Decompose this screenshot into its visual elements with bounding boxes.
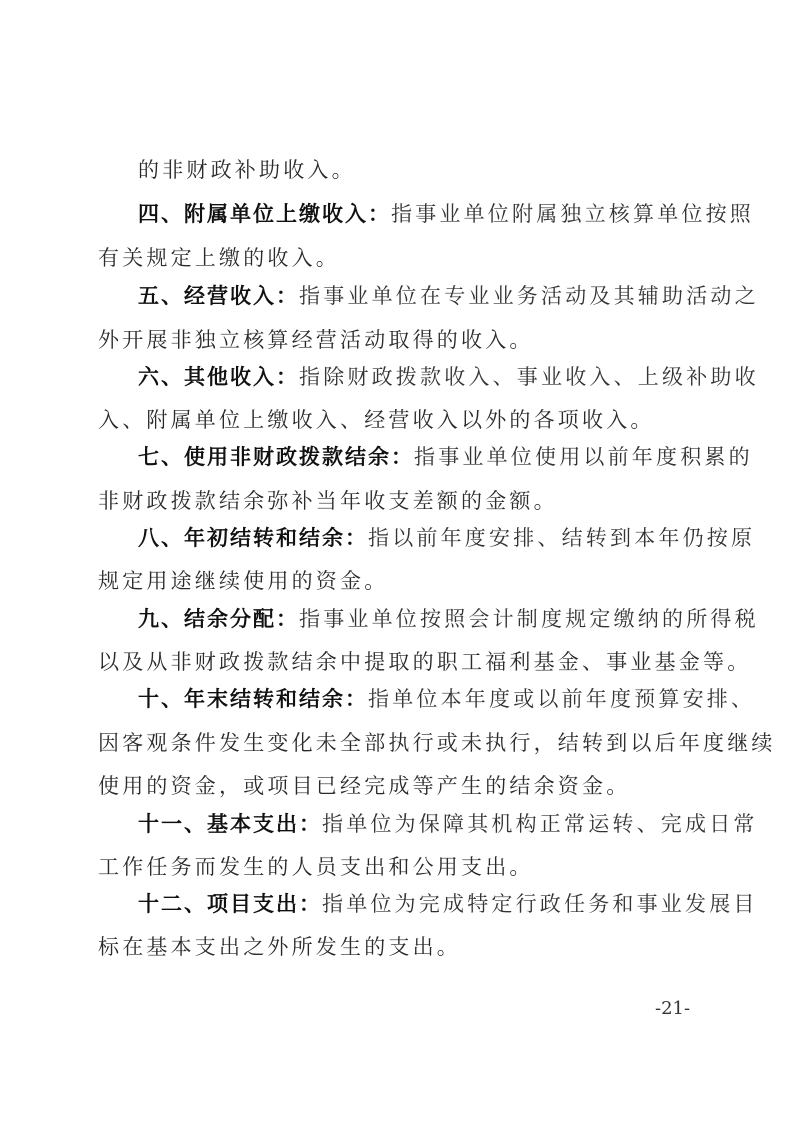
term-label: 八、年初结转和结余： — [138, 526, 368, 550]
definition-text: 规定用途继续使用的资金。 — [98, 567, 388, 595]
definition-text: 指单位为完成特定行政任务和事业发展目 — [322, 892, 758, 916]
document-page: 的非财政补助收入。 四、附属单位上缴收入：指事业单位附属独立核算单位按照 有关规… — [0, 0, 800, 1131]
definition-9: 九、结余分配：指事业单位按照会计制度规定缴纳的所得税 — [138, 605, 759, 633]
term-label: 十一、基本支出： — [138, 812, 322, 836]
definition-6: 六、其他收入：指除财政拨款收入、事业收入、上级补助收 — [138, 363, 759, 391]
term-label: 六、其他收入： — [138, 365, 299, 389]
definition-text: 指单位本年度或以前年度预算安排、 — [368, 687, 755, 711]
definition-text: 外开展非独立核算经营活动取得的收入。 — [98, 326, 534, 354]
definition-8: 八、年初结转和结余：指以前年度安排、结转到本年仍按原 — [138, 524, 755, 552]
definition-text: 指事业单位使用以前年度积累的 — [414, 445, 753, 469]
definition-text: 有关规定上缴的收入。 — [98, 244, 340, 272]
definition-10: 十、年末结转和结余：指单位本年度或以前年度预算安排、 — [138, 685, 755, 713]
term-label: 四、附属单位上缴收入： — [138, 202, 391, 226]
continuation-text: 的非财政补助收入。 — [138, 156, 356, 184]
definition-text: 指单位为保障其机构正常运转、完成日常 — [322, 812, 758, 836]
definition-5: 五、经营收入：指事业单位在专业业务活动及其辅助活动之 — [138, 282, 759, 310]
definition-text: 指以前年度安排、结转到本年仍按原 — [368, 526, 755, 550]
definition-text: 指事业单位在专业业务活动及其辅助活动之 — [299, 284, 759, 308]
definition-text: 非财政拨款结余弥补当年收支差额的金额。 — [98, 487, 558, 515]
definition-4: 四、附属单位上缴收入：指事业单位附属独立核算单位按照 — [138, 200, 754, 228]
definition-text: 指事业单位附属独立核算单位按照 — [391, 202, 754, 226]
definition-text: 指事业单位按照会计制度规定缴纳的所得税 — [299, 607, 759, 631]
definition-text: 工作任务而发生的人员支出和公用支出。 — [98, 853, 534, 881]
definition-text: 入、附属单位上缴收入、经营收入以外的各项收入。 — [98, 406, 655, 434]
definition-text: 指除财政拨款收入、事业收入、上级补助收 — [299, 365, 759, 389]
definition-7: 七、使用非财政拨款结余：指事业单位使用以前年度积累的 — [138, 443, 753, 471]
term-label: 九、结余分配： — [138, 607, 299, 631]
definition-text: 因客观条件发生变化未全部执行或未执行，结转到以后年度继续 — [98, 729, 776, 757]
definition-12: 十二、项目支出：指单位为完成特定行政任务和事业发展目 — [138, 890, 758, 918]
term-label: 七、使用非财政拨款结余： — [138, 445, 414, 469]
term-label: 五、经营收入： — [138, 284, 299, 308]
definition-11: 十一、基本支出：指单位为保障其机构正常运转、完成日常 — [138, 810, 758, 838]
term-label: 十二、项目支出： — [138, 892, 322, 916]
definition-text: 使用的资金，或项目已经完成等产生的结余资金。 — [98, 772, 630, 800]
definition-text: 以及从非财政拨款结余中提取的职工福利基金、事业基金等。 — [98, 648, 751, 676]
term-label: 十、年末结转和结余： — [138, 687, 368, 711]
definition-text: 标在基本支出之外所发生的支出。 — [98, 933, 461, 961]
page-number: -21- — [655, 998, 690, 1019]
